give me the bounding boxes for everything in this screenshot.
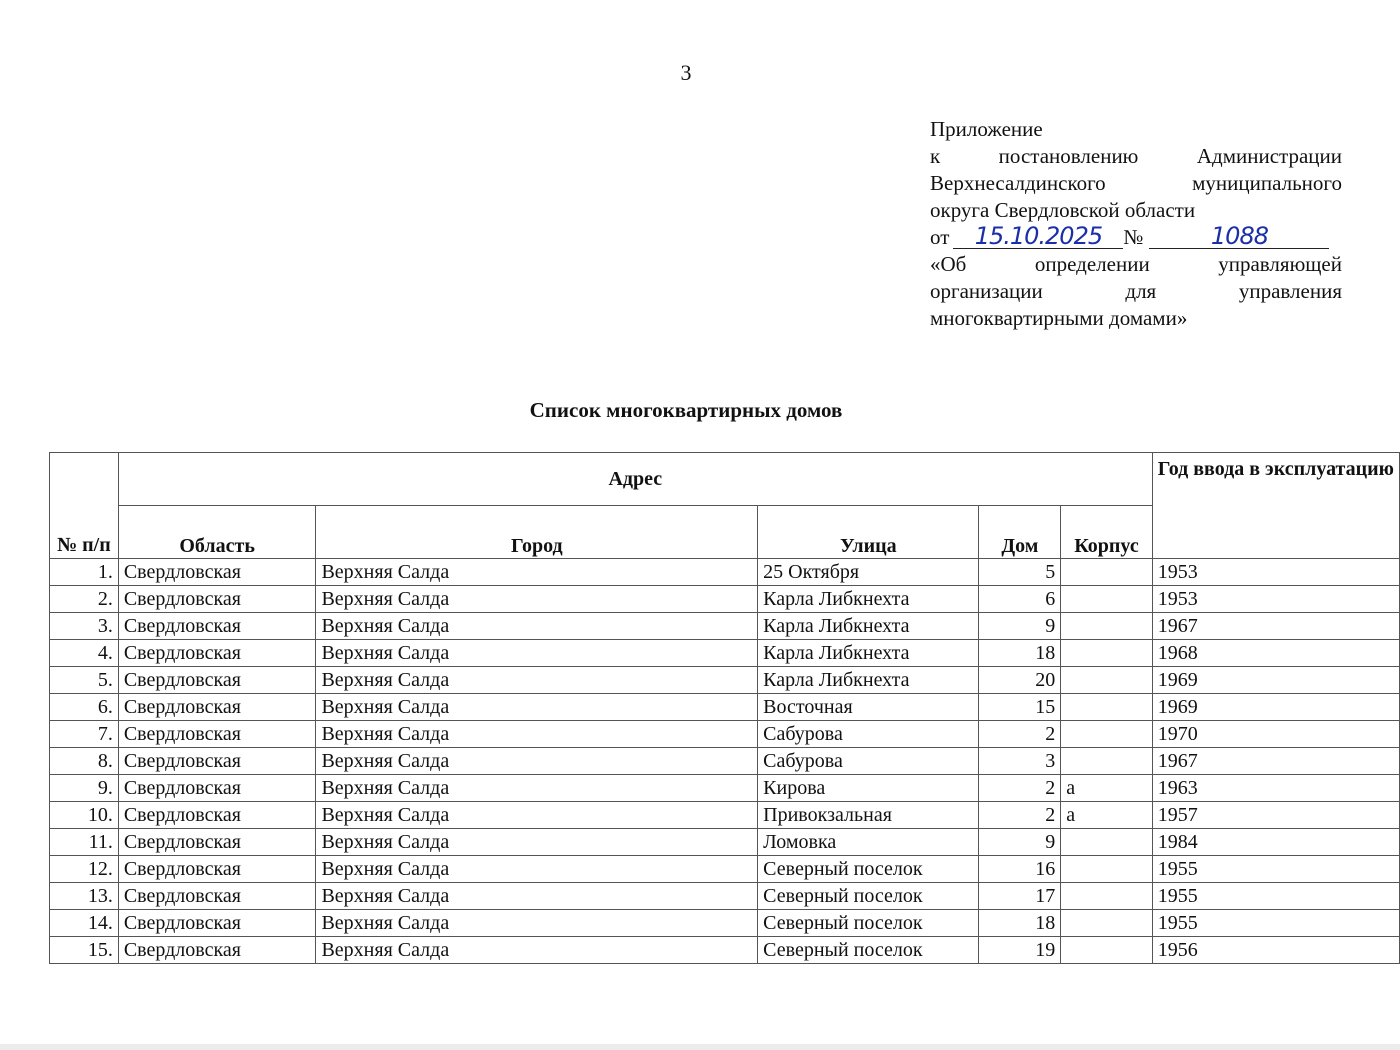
date-field: 15.10.2025 (953, 225, 1123, 249)
cell-year: 1955 (1152, 856, 1399, 883)
table-row: 5.СвердловскаяВерхняя СалдаКарла Либкнех… (50, 667, 1400, 694)
cell-num: 6. (50, 694, 119, 721)
cell-region: Свердловская (118, 613, 316, 640)
appendix-line: к постановлению Администрации (930, 143, 1342, 170)
handwritten-date: 15.10.2025 (975, 225, 1102, 247)
cell-city: Верхняя Салда (316, 856, 758, 883)
table-row: 10.СвердловскаяВерхняя СалдаПривокзальна… (50, 802, 1400, 829)
cell-building (1061, 856, 1152, 883)
appendix-block: Приложение к постановлению Администрации… (930, 116, 1342, 332)
cell-street: Карла Либкнехта (758, 667, 979, 694)
cell-city: Верхняя Салда (316, 802, 758, 829)
table-row: 8.СвердловскаяВерхняя СалдаСабурова31967 (50, 748, 1400, 775)
cell-street: Карла Либкнехта (758, 586, 979, 613)
cell-street: Северный поселок (758, 910, 979, 937)
cell-region: Свердловская (118, 721, 316, 748)
cell-building (1061, 910, 1152, 937)
cell-house: 17 (979, 883, 1061, 910)
appendix-line: Верхнесалдинского муниципального (930, 170, 1342, 197)
cell-num: 5. (50, 667, 119, 694)
cell-street: Восточная (758, 694, 979, 721)
table-row: 1.СвердловскаяВерхняя Салда25 Октября519… (50, 559, 1400, 586)
cell-street: 25 Октября (758, 559, 979, 586)
number-field: 1088 (1149, 225, 1329, 249)
cell-city: Верхняя Салда (316, 829, 758, 856)
buildings-table: № п/п Адрес Год ввода в эксплуатацию Обл… (49, 452, 1400, 964)
cell-house: 2 (979, 775, 1061, 802)
table-row: 9.СвердловскаяВерхняя СалдаКирова2а1963 (50, 775, 1400, 802)
cell-region: Свердловская (118, 775, 316, 802)
cell-city: Верхняя Салда (316, 559, 758, 586)
cell-street: Сабурова (758, 721, 979, 748)
cell-building (1061, 748, 1152, 775)
appendix-line: организации для управления (930, 278, 1342, 305)
cell-street: Карла Либкнехта (758, 613, 979, 640)
cell-region: Свердловская (118, 829, 316, 856)
cell-building (1061, 721, 1152, 748)
cell-city: Верхняя Салда (316, 640, 758, 667)
table-row: 2.СвердловскаяВерхняя СалдаКарла Либкнех… (50, 586, 1400, 613)
cell-num: 9. (50, 775, 119, 802)
cell-building (1061, 640, 1152, 667)
cell-building: а (1061, 775, 1152, 802)
document-title: Список многоквартирных домов (0, 398, 1372, 423)
cell-house: 5 (979, 559, 1061, 586)
cell-year: 1969 (1152, 667, 1399, 694)
cell-year: 1957 (1152, 802, 1399, 829)
cell-street: Северный поселок (758, 856, 979, 883)
cell-house: 9 (979, 829, 1061, 856)
cell-street: Сабурова (758, 748, 979, 775)
header-num: № п/п (50, 453, 119, 559)
cell-house: 9 (979, 613, 1061, 640)
cell-region: Свердловская (118, 694, 316, 721)
cell-street: Ломовка (758, 829, 979, 856)
cell-house: 2 (979, 721, 1061, 748)
cell-building (1061, 667, 1152, 694)
cell-city: Верхняя Салда (316, 586, 758, 613)
cell-house: 3 (979, 748, 1061, 775)
cell-street: Кирова (758, 775, 979, 802)
cell-street: Северный поселок (758, 937, 979, 964)
header-street: Улица (758, 506, 979, 559)
cell-year: 1968 (1152, 640, 1399, 667)
from-label: от (930, 225, 949, 249)
scan-edge (0, 1044, 1400, 1050)
cell-num: 1. (50, 559, 119, 586)
table-row: 14.СвердловскаяВерхняя СалдаСеверный пос… (50, 910, 1400, 937)
cell-year: 1963 (1152, 775, 1399, 802)
appendix-line: «Об определении управляющей (930, 251, 1342, 278)
cell-building (1061, 694, 1152, 721)
cell-num: 12. (50, 856, 119, 883)
cell-building (1061, 559, 1152, 586)
header-address: Адрес (118, 453, 1152, 506)
cell-region: Свердловская (118, 748, 316, 775)
table-row: 6.СвердловскаяВерхняя СалдаВосточная1519… (50, 694, 1400, 721)
cell-building (1061, 829, 1152, 856)
table-row: 12.СвердловскаяВерхняя СалдаСеверный пос… (50, 856, 1400, 883)
number-label: № (1123, 225, 1143, 249)
header-year: Год ввода в эксплуатацию (1152, 453, 1399, 559)
cell-year: 1953 (1152, 586, 1399, 613)
cell-house: 20 (979, 667, 1061, 694)
cell-num: 10. (50, 802, 119, 829)
cell-house: 2 (979, 802, 1061, 829)
cell-num: 2. (50, 586, 119, 613)
cell-year: 1970 (1152, 721, 1399, 748)
cell-year: 1969 (1152, 694, 1399, 721)
table-row: 13.СвердловскаяВерхняя СалдаСеверный пос… (50, 883, 1400, 910)
cell-city: Верхняя Салда (316, 775, 758, 802)
cell-region: Свердловская (118, 937, 316, 964)
cell-region: Свердловская (118, 802, 316, 829)
cell-year: 1953 (1152, 559, 1399, 586)
cell-year: 1956 (1152, 937, 1399, 964)
cell-num: 13. (50, 883, 119, 910)
appendix-line: округа Свердловской области (930, 197, 1342, 224)
appendix-line: многоквартирными домами» (930, 305, 1342, 332)
cell-building (1061, 937, 1152, 964)
table-row: 11.СвердловскаяВерхняя СалдаЛомовка91984 (50, 829, 1400, 856)
cell-num: 14. (50, 910, 119, 937)
cell-city: Верхняя Салда (316, 613, 758, 640)
cell-year: 1984 (1152, 829, 1399, 856)
cell-street: Карла Либкнехта (758, 640, 979, 667)
cell-region: Свердловская (118, 883, 316, 910)
decree-reference: от15.10.2025№1088 (930, 224, 1342, 251)
cell-year: 1955 (1152, 910, 1399, 937)
cell-num: 3. (50, 613, 119, 640)
cell-num: 7. (50, 721, 119, 748)
cell-house: 16 (979, 856, 1061, 883)
table-row: 7.СвердловскаяВерхняя СалдаСабурова21970 (50, 721, 1400, 748)
cell-region: Свердловская (118, 586, 316, 613)
cell-street: Привокзальная (758, 802, 979, 829)
cell-year: 1955 (1152, 883, 1399, 910)
cell-year: 1967 (1152, 613, 1399, 640)
cell-city: Верхняя Салда (316, 667, 758, 694)
cell-region: Свердловская (118, 559, 316, 586)
cell-city: Верхняя Салда (316, 721, 758, 748)
cell-region: Свердловская (118, 856, 316, 883)
appendix-heading: Приложение (930, 116, 1342, 143)
cell-house: 19 (979, 937, 1061, 964)
cell-region: Свердловская (118, 667, 316, 694)
cell-year: 1967 (1152, 748, 1399, 775)
cell-building (1061, 586, 1152, 613)
table-row: 15.СвердловскаяВерхняя СалдаСеверный пос… (50, 937, 1400, 964)
cell-building: а (1061, 802, 1152, 829)
cell-city: Верхняя Салда (316, 883, 758, 910)
cell-region: Свердловская (118, 640, 316, 667)
cell-house: 6 (979, 586, 1061, 613)
header-house: Дом (979, 506, 1061, 559)
cell-num: 15. (50, 937, 119, 964)
cell-city: Верхняя Салда (316, 937, 758, 964)
cell-region: Свердловская (118, 910, 316, 937)
cell-house: 15 (979, 694, 1061, 721)
table-row: 4.СвердловскаяВерхняя СалдаКарла Либкнех… (50, 640, 1400, 667)
cell-city: Верхняя Салда (316, 910, 758, 937)
cell-num: 11. (50, 829, 119, 856)
table-row: 3.СвердловскаяВерхняя СалдаКарла Либкнех… (50, 613, 1400, 640)
page-number: 3 (0, 60, 1372, 86)
header-building: Корпус (1061, 506, 1152, 559)
cell-street: Северный поселок (758, 883, 979, 910)
cell-house: 18 (979, 910, 1061, 937)
cell-num: 4. (50, 640, 119, 667)
cell-city: Верхняя Салда (316, 748, 758, 775)
handwritten-number: 1088 (1211, 225, 1268, 247)
cell-building (1061, 883, 1152, 910)
cell-house: 18 (979, 640, 1061, 667)
header-city: Город (316, 506, 758, 559)
cell-building (1061, 613, 1152, 640)
cell-num: 8. (50, 748, 119, 775)
header-region: Область (118, 506, 316, 559)
cell-city: Верхняя Салда (316, 694, 758, 721)
